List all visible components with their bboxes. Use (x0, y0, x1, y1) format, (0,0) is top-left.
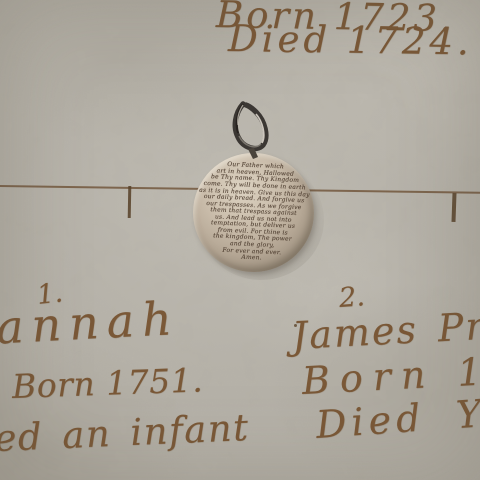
silver-medallion: Our Father which art in heaven, Hallowed… (193, 153, 314, 272)
engraved-lords-prayer: Our Father which art in heaven, Hallowed… (190, 150, 316, 274)
handwriting-top-died: Died 1724. (228, 17, 473, 63)
photo-scene: Born 1723. Died 1724. 1. Hannah Born 175… (0, 0, 480, 480)
descent-line-left (128, 186, 132, 218)
handwriting-entry2-number: 2. (338, 281, 366, 314)
ink-speck (294, 324, 297, 327)
handwriting-entry1-born: Born 1751. (11, 360, 203, 406)
bail-ring-icon (230, 101, 272, 161)
prayer-line: Amen. (241, 255, 262, 262)
